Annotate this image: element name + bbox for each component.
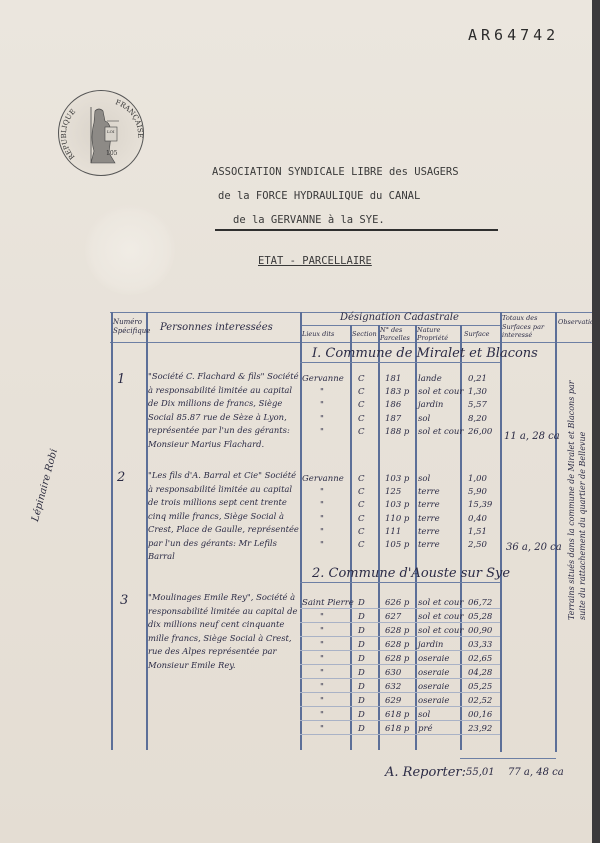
parcel-nature: sol et cour xyxy=(418,387,463,397)
parcel-section: D xyxy=(358,710,365,720)
parcel-lieu-dit: " xyxy=(320,696,324,706)
parcel-lieu-dit: " xyxy=(320,400,324,410)
parcel-number: 103 p xyxy=(385,474,409,484)
parcel-number: 125 xyxy=(385,487,401,497)
parcel-nature: sol et cour xyxy=(418,598,463,608)
parcel-lieu-dit: Gervanne xyxy=(302,474,344,484)
entry-number: 2 xyxy=(117,470,125,485)
parcel-surface: 5,57 xyxy=(468,400,487,410)
rule-line xyxy=(300,622,500,623)
parcel-number: 110 p xyxy=(385,514,409,524)
parcel-surface: 02,65 xyxy=(468,654,492,664)
header-numero: Numéro Spécifique xyxy=(113,318,147,336)
parcel-number: 183 p xyxy=(385,387,409,397)
parcel-nature: jardin xyxy=(418,640,443,650)
parcel-lieu-dit: " xyxy=(320,612,324,622)
parcel-surface: 26,00 xyxy=(468,427,492,437)
parcel-lieu-dit: " xyxy=(320,514,324,524)
section-divider xyxy=(300,582,500,583)
parcel-nature: sol et cour xyxy=(418,626,463,636)
parcel-nature: oseraie xyxy=(418,682,449,692)
parcel-number: 629 xyxy=(385,696,401,706)
col-border xyxy=(555,312,557,752)
entry-total: 11 a, 28 ca xyxy=(504,431,560,442)
parcel-number: 632 xyxy=(385,682,401,692)
rule-line xyxy=(300,678,500,679)
parcel-lieu-dit: " xyxy=(320,640,324,650)
header-observations: Observations xyxy=(558,316,596,328)
parcel-number: 181 xyxy=(385,374,401,384)
header-section: Section xyxy=(352,330,377,338)
parcel-section: C xyxy=(358,527,365,537)
parcel-section: C xyxy=(358,474,365,484)
parcel-lieu-dit: " xyxy=(320,710,324,720)
parcel-surface: 1,30 xyxy=(468,387,487,397)
header-nature: Nature Propriété xyxy=(417,326,459,342)
col-border xyxy=(500,312,502,752)
parcel-number: 188 p xyxy=(385,427,409,437)
parcel-number: 103 p xyxy=(385,500,409,510)
parcel-lieu-dit: " xyxy=(320,414,324,424)
parcel-section: C xyxy=(358,400,365,410)
parcel-section: D xyxy=(358,654,365,664)
total-divider xyxy=(460,758,556,759)
entry-total: 36 a, 20 ca xyxy=(506,542,562,553)
carry-forward-label: A. Reporter: xyxy=(385,765,466,780)
parcel-surface: 0,21 xyxy=(468,374,487,384)
parcel-section: C xyxy=(358,374,365,384)
parcel-section: D xyxy=(358,668,365,678)
parcel-section: D xyxy=(358,612,365,622)
parcel-section: D xyxy=(358,696,365,706)
observation-note: Terrains situés dans la commune de Miral… xyxy=(566,360,600,620)
header-lieu-dit: Lieux dits xyxy=(302,330,334,338)
parcel-nature: oseraie xyxy=(418,654,449,664)
section-divider xyxy=(300,362,500,363)
rule-line xyxy=(300,636,500,637)
parcel-lieu-dit: " xyxy=(320,487,324,497)
parcel-section: C xyxy=(358,427,365,437)
parcel-surface: 05,28 xyxy=(468,612,492,622)
parcel-lieu-dit: " xyxy=(320,682,324,692)
entry-person: "Les fils d'A. Barral et Cie" Société à … xyxy=(148,469,300,564)
parcel-section: C xyxy=(358,500,365,510)
parcel-nature: sol xyxy=(418,474,430,484)
parcel-surface: 23,92 xyxy=(468,724,492,734)
parcel-lieu-dit: " xyxy=(320,626,324,636)
rule-line xyxy=(300,664,500,665)
header-totaux: Totaux des Surfaces par interessé xyxy=(502,314,554,340)
parcel-section: D xyxy=(358,682,365,692)
parcel-surface: 00,90 xyxy=(468,626,492,636)
header-surface: Surface xyxy=(464,330,490,338)
col-border xyxy=(350,325,352,750)
parcel-nature: terre xyxy=(418,514,440,524)
parcel-number: 630 xyxy=(385,668,401,678)
col-border xyxy=(111,312,113,750)
document-page: AR64742 REPUBLIQUE FRANÇAISE LOI 105 ASS… xyxy=(0,0,592,843)
parcel-lieu-dit: " xyxy=(320,527,324,537)
parcel-nature: jardin xyxy=(418,400,443,410)
rule-line xyxy=(300,734,500,735)
parcel-surface: 05,25 xyxy=(468,682,492,692)
parcel-section: C xyxy=(358,540,365,550)
parcel-surface: 15,39 xyxy=(468,500,492,510)
parcel-number: 186 xyxy=(385,400,401,410)
parcel-surface: 03,33 xyxy=(468,640,492,650)
parcel-nature: oseraie xyxy=(418,668,449,678)
parcel-nature: terre xyxy=(418,527,440,537)
parcel-lieu-dit: " xyxy=(320,724,324,734)
entry-person: "Moulinages Emile Rey", Société à respon… xyxy=(148,591,300,672)
entry-number: 3 xyxy=(120,593,128,608)
parcel-table: Numéro Spécifique Personnes interessées … xyxy=(0,0,600,843)
parcel-number: 618 p xyxy=(385,724,409,734)
parcel-lieu-dit: " xyxy=(320,427,324,437)
parcel-lieu-dit: " xyxy=(320,668,324,678)
parcel-number: 618 p xyxy=(385,710,409,720)
parcel-number: 628 p xyxy=(385,654,409,664)
rule-line xyxy=(300,650,500,651)
parcel-section: D xyxy=(358,640,365,650)
parcel-number: 628 p xyxy=(385,640,409,650)
parcel-number: 187 xyxy=(385,414,401,424)
parcel-section: D xyxy=(358,626,365,636)
parcel-number: 626 p xyxy=(385,598,409,608)
rule-line xyxy=(300,720,500,721)
parcel-surface: 02,52 xyxy=(468,696,492,706)
parcel-section: C xyxy=(358,387,365,397)
parcel-nature: sol et cour xyxy=(418,427,463,437)
rule-line xyxy=(300,692,500,693)
parcel-nature: terre xyxy=(418,540,440,550)
parcel-number: 628 p xyxy=(385,626,409,636)
parcel-section: C xyxy=(358,487,365,497)
parcel-lieu-dit: Gervanne xyxy=(302,374,344,384)
parcel-nature: terre xyxy=(418,500,440,510)
parcel-surface: 8,20 xyxy=(468,414,487,424)
header-personnes: Personnes interessées xyxy=(160,322,273,333)
section-label-1: I. Commune de Miralet et Blacons xyxy=(312,346,538,361)
parcel-lieu-dit: " xyxy=(320,500,324,510)
parcel-nature: sol xyxy=(418,710,430,720)
parcel-surface: 1,00 xyxy=(468,474,487,484)
parcel-surface: 0,40 xyxy=(468,514,487,524)
parcel-section: C xyxy=(358,514,365,524)
section-label-2: 2. Commune d'Aouste sur Sye xyxy=(312,566,510,581)
parcel-nature: pré xyxy=(418,724,433,734)
header-designation: Désignation Cadastrale xyxy=(340,312,459,323)
parcel-section: C xyxy=(358,414,365,424)
rule-line xyxy=(300,608,500,609)
carry-forward-total: 77 a, 48 ca xyxy=(508,767,564,778)
parcel-section: D xyxy=(358,598,365,608)
parcel-number: 111 xyxy=(385,527,401,537)
col-border xyxy=(415,325,417,750)
parcel-lieu-dit: Saint Pierre xyxy=(302,598,354,608)
header-parcelles: N° des Parcelles xyxy=(380,326,416,342)
parcel-surface: 04,28 xyxy=(468,668,492,678)
parcel-surface: 06,72 xyxy=(468,598,492,608)
parcel-number: 105 p xyxy=(385,540,409,550)
parcel-lieu-dit: " xyxy=(320,654,324,664)
parcel-surface: 1,51 xyxy=(468,527,487,537)
rule-line xyxy=(300,706,500,707)
parcel-section: D xyxy=(358,724,365,734)
parcel-number: 627 xyxy=(385,612,401,622)
entry-person: "Société C. Flachard & fils" Société à r… xyxy=(148,370,300,451)
col-border xyxy=(378,325,380,750)
parcel-nature: oseraie xyxy=(418,696,449,706)
parcel-surface: 00,16 xyxy=(468,710,492,720)
parcel-lieu-dit: " xyxy=(320,387,324,397)
parcel-nature: terre xyxy=(418,487,440,497)
parcel-nature: sol et cour xyxy=(418,612,463,622)
parcel-surface: 2,50 xyxy=(468,540,487,550)
header-bottom-border xyxy=(110,342,598,343)
parcel-surface: 5,90 xyxy=(468,487,487,497)
parcel-lieu-dit: " xyxy=(320,540,324,550)
entry-number: 1 xyxy=(117,372,125,387)
parcel-nature: sol xyxy=(418,414,430,424)
parcel-nature: lande xyxy=(418,374,442,384)
carry-forward-surface: 55,01 xyxy=(466,767,495,778)
